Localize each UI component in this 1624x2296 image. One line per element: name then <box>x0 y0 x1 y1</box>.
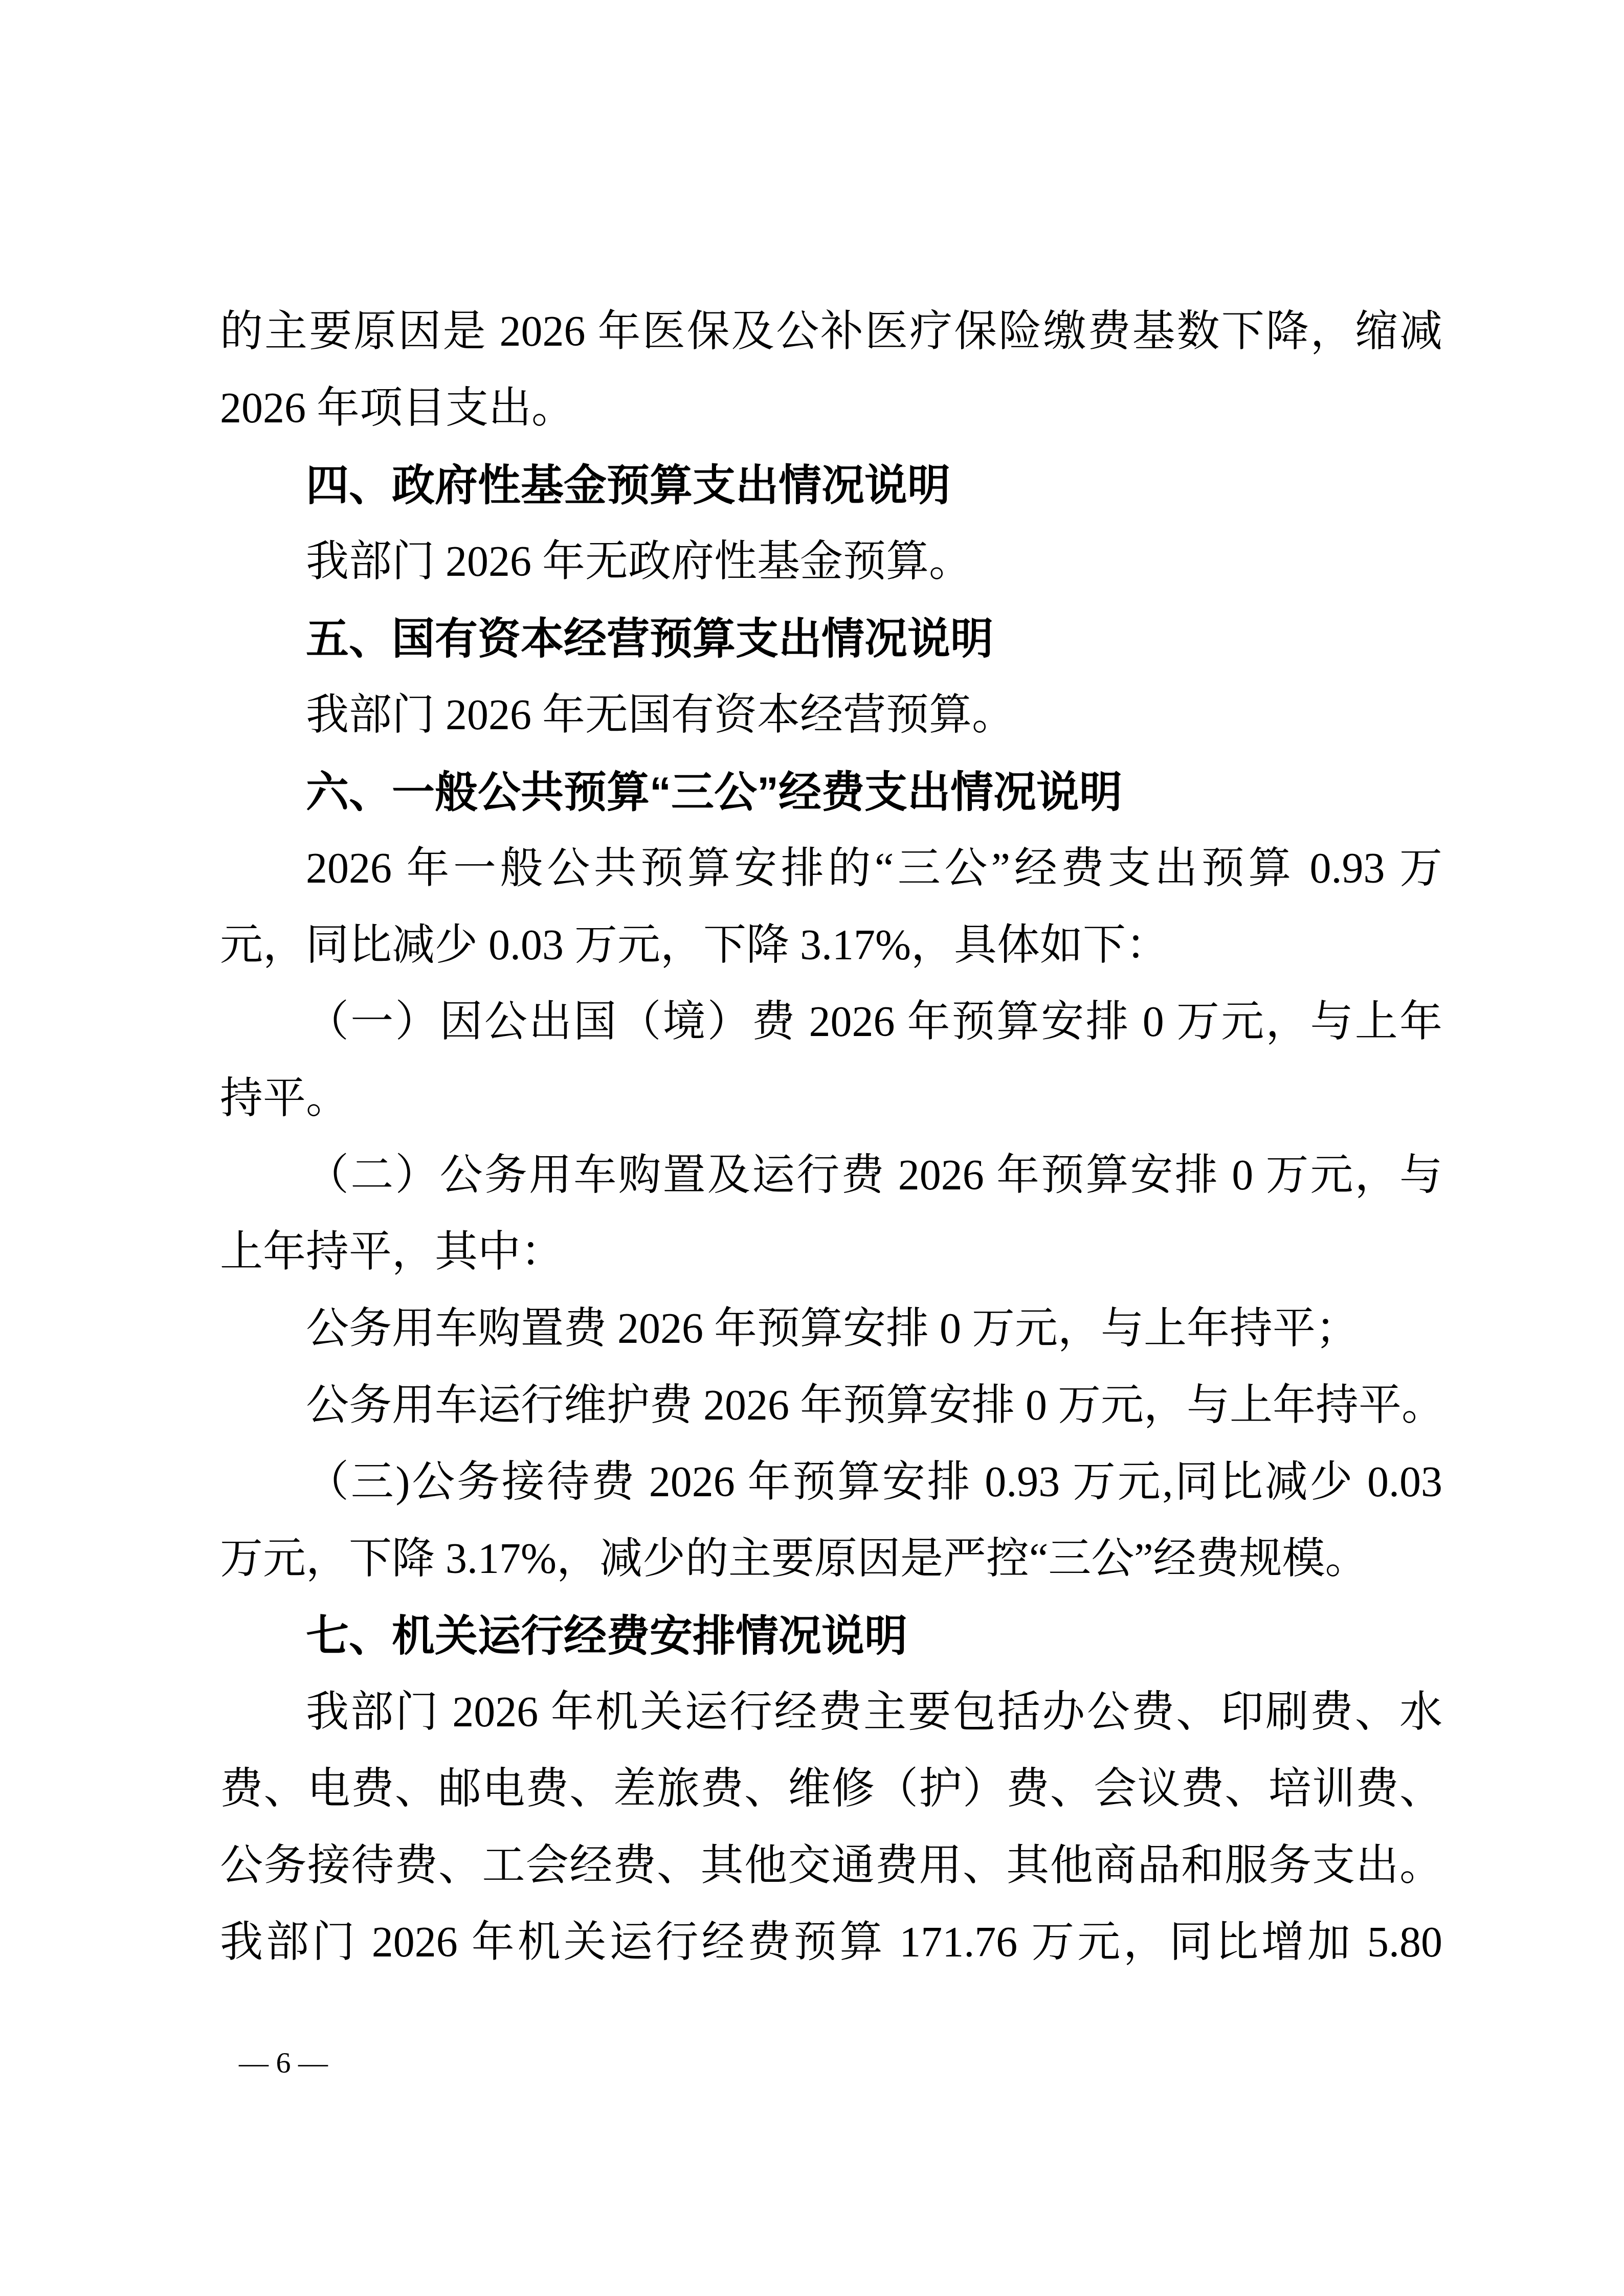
section-heading-line: 六、一般公共预算“三公”经费支出情况说明 <box>220 754 1442 830</box>
document-page: 的主要原因是 2026 年医保及公补医疗保险缴费基数下降，缩减2026 年项目支… <box>0 0 1624 2296</box>
body-text-line: 的主要原因是 2026 年医保及公补医疗保险缴费基数下降，缩减 <box>220 294 1442 370</box>
body-text-line: 我部门 2026 年机关运行经费主要包括办公费、印刷费、水 <box>220 1674 1442 1751</box>
body-text-line: 万元，下降 3.17%，减少的主要原因是严控“三公”经费规模。 <box>220 1521 1442 1597</box>
body-text-line: （三)公务接待费 2026 年预算安排 0.93 万元,同比减少 0.03 <box>220 1444 1442 1521</box>
body-text-line: 上年持平，其中： <box>220 1214 1442 1291</box>
body-text-line: 我部门 2026 年机关运行经费预算 171.76 万元，同比增加 5.80 <box>220 1904 1442 1981</box>
body-text-line: 2026 年一般公共预算安排的“三公”经费支出预算 0.93 万 <box>220 830 1442 907</box>
body-text-line: 我部门 2026 年无政府性基金预算。 <box>220 524 1442 600</box>
page-number: — 6 — <box>239 2046 328 2079</box>
body-text-line: 元，同比减少 0.03 万元，下降 3.17%，具体如下： <box>220 907 1442 984</box>
body-text-line: 2026 年项目支出。 <box>220 370 1442 447</box>
body-text-line: （二）公务用车购置及运行费 2026 年预算安排 0 万元，与 <box>220 1137 1442 1214</box>
section-heading-line: 四、政府性基金预算支出情况说明 <box>220 447 1442 524</box>
body-text-line: 公务接待费、工会经费、其他交通费用、其他商品和服务支出。 <box>220 1828 1442 1904</box>
body-text-line: （一）因公出国（境）费 2026 年预算安排 0 万元，与上年 <box>220 984 1442 1061</box>
body-text-line: 公务用车运行维护费 2026 年预算安排 0 万元，与上年持平。 <box>220 1367 1442 1444</box>
document-body: 的主要原因是 2026 年医保及公补医疗保险缴费基数下降，缩减2026 年项目支… <box>220 294 1442 1981</box>
body-text-line: 我部门 2026 年无国有资本经营预算。 <box>220 677 1442 754</box>
body-text-line: 持平。 <box>220 1061 1442 1137</box>
section-heading-line: 五、国有资本经营预算支出情况说明 <box>220 600 1442 677</box>
section-heading-line: 七、机关运行经费安排情况说明 <box>220 1597 1442 1674</box>
body-text-line: 费、电费、邮电费、差旅费、维修（护）费、会议费、培训费、 <box>220 1751 1442 1828</box>
body-text-line: 公务用车购置费 2026 年预算安排 0 万元，与上年持平； <box>220 1291 1442 1367</box>
